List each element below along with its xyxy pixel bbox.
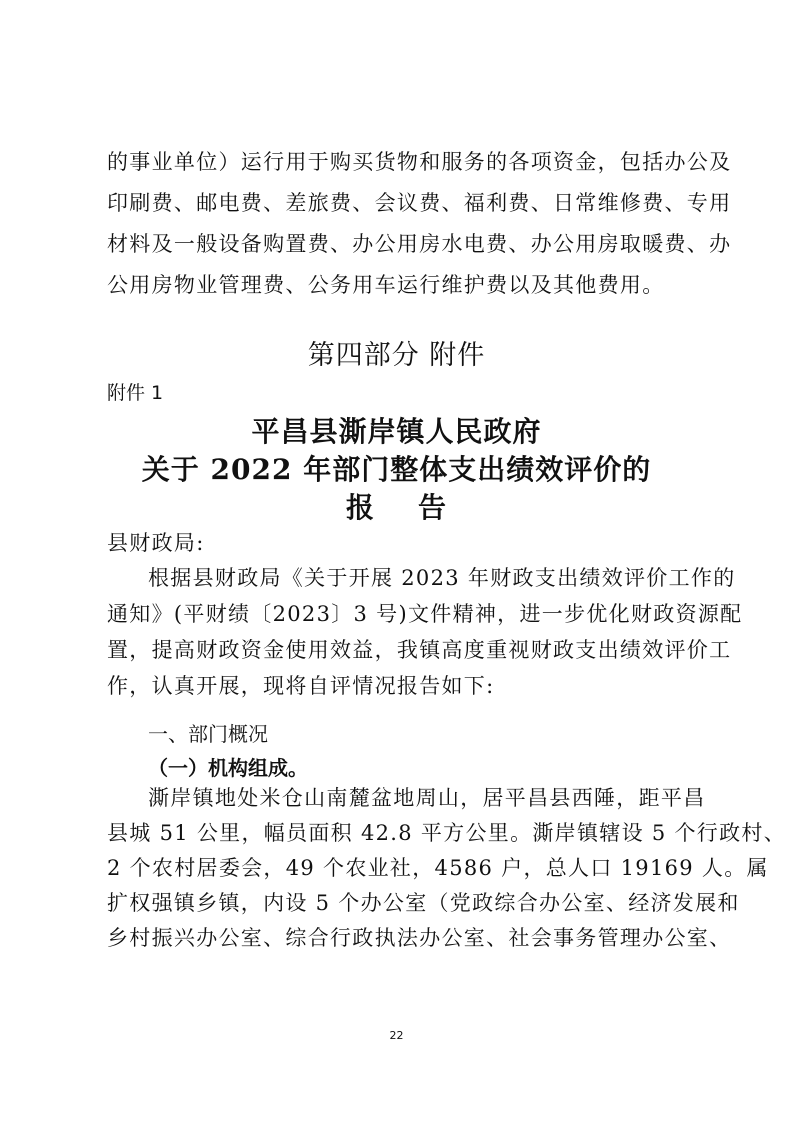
body-text-line: 置，提高财政资金使用效益，我镇高度重视财政支出绩效评价工 [107,640,689,661]
body-text-line: 澌岸镇地处米仓山南麓盆地周山，居平昌县西陲，距平昌 [148,788,689,809]
body-text-line: 通知》(平财绩〔2023〕3 号)文件精神，进一步优化财政资源配 [107,604,689,625]
report-title-line-1: 平昌县澌岸镇人民政府 [0,410,793,450]
body-text-line: 材料及一般设备购置费、办公用房水电费、办公用房取暖费、办 [107,234,689,255]
body-text-line: 根据县财政局《关于开展 2023 年财政支出绩效评价工作的 [148,568,689,589]
salutation: 县财政局: [107,533,689,554]
subsection-heading: （一）机构组成。 [148,752,308,781]
report-title-line-2: 关于 2022 年部门整体支出绩效评价的 [0,448,793,488]
body-text-line: 公用房物业管理费、公务用车运行维护费以及其他费用。 [107,275,689,296]
body-text-line: 印刷费、邮电费、差旅费、会议费、福利费、日常维修费、专用 [107,193,689,214]
body-text-line: 扩权强镇乡镇，内设 5 个办公室（党政综合办公室、经济发展和 [107,893,689,914]
body-text-line: 乡村振兴办公室、综合行政执法办公室、社会事务管理办公室、 [107,928,689,949]
body-text-line: 作，认真开展，现将自评情况报告如下: [107,676,689,697]
page-number: 22 [0,1029,793,1042]
report-title-line-3: 报 告 [0,486,793,526]
section-heading: 一、部门概况 [148,718,268,747]
part-heading: 第四部分 附件 [0,333,793,372]
body-text-line: 的事业单位）运行用于购买货物和服务的各项资金，包括办公及 [107,152,689,173]
attachment-label: 附件 1 [107,378,163,405]
body-text-line: 2 个农村居委会，49 个农业社，4586 户，总人口 19169 人。属 [107,858,689,879]
body-text-line: 县城 51 公里，幅员面积 42.8 平方公里。澌岸镇辖设 5 个行政村、 [107,823,689,844]
